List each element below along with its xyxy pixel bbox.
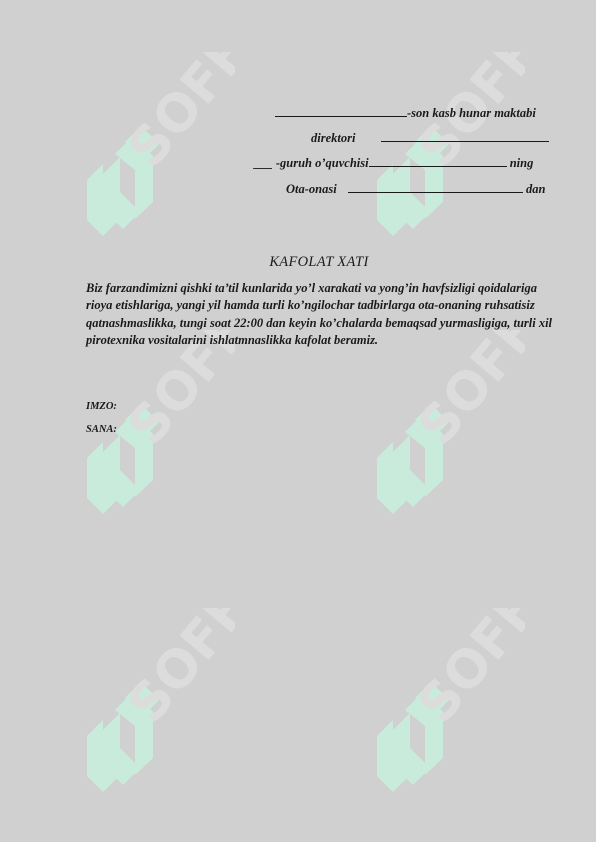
document-page: -son kasb hunar maktabi direktori ___ -g… xyxy=(0,0,596,842)
school-line-suffix: -son kasb hunar maktabi xyxy=(407,106,536,120)
document-title: KAFOLAT XATI xyxy=(0,254,596,271)
school-line: -son kasb hunar maktabi xyxy=(275,104,536,121)
date-label: SANA: xyxy=(86,424,117,435)
parent-label: Ota-onasi xyxy=(286,182,337,196)
director-line: direktori xyxy=(311,129,549,146)
director-label: direktori xyxy=(311,131,355,145)
signature-label: IMZO: xyxy=(86,401,117,412)
document-body: Biz farzandimizni qishki ta’til kunlarid… xyxy=(86,280,556,350)
parent-name-blank xyxy=(348,180,523,193)
director-name-blank xyxy=(381,129,549,142)
school-number-blank xyxy=(275,104,407,117)
student-name-blank xyxy=(369,154,507,167)
parent-line: Ota-onasi dan xyxy=(286,180,545,197)
parent-line-suffix: dan xyxy=(523,182,546,196)
student-line: ___ -guruh o’quvchisi ning xyxy=(254,154,533,171)
student-label: -guruh o’quvchisi xyxy=(273,156,369,170)
group-number-blank: ___ xyxy=(254,156,273,170)
student-line-suffix: ning xyxy=(507,156,534,170)
